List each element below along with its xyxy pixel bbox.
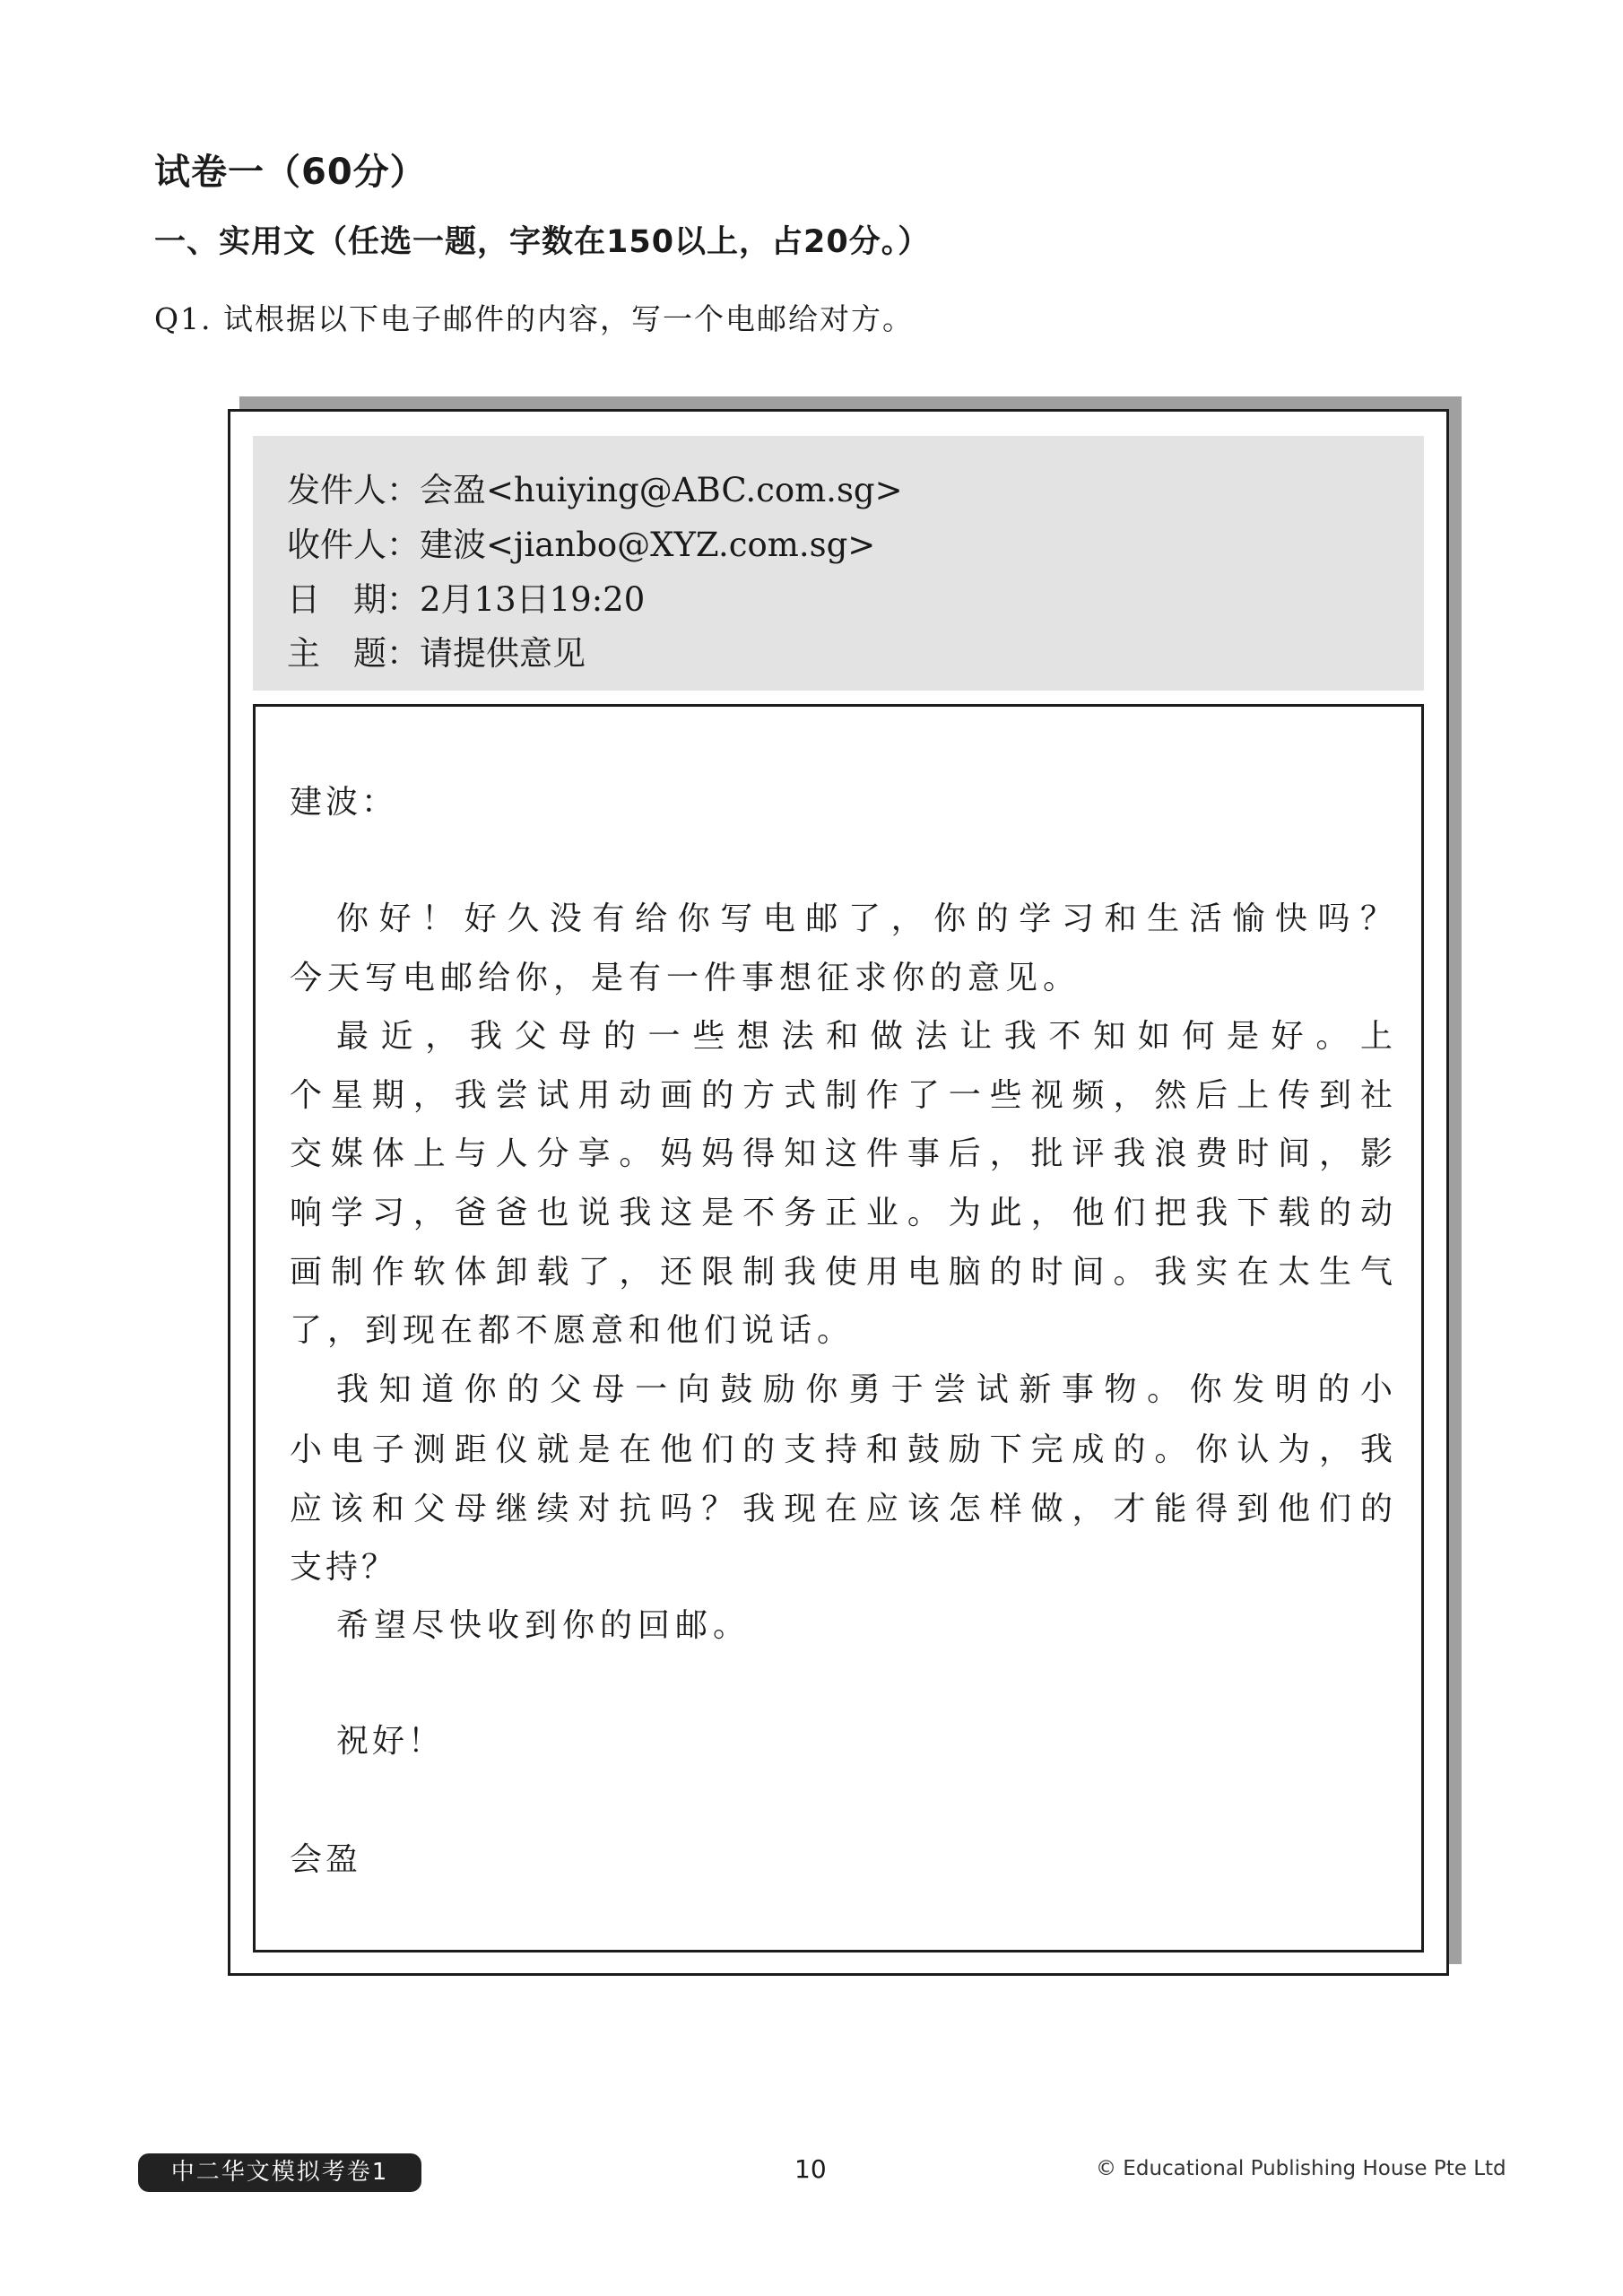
from-value: 会盈<huiying@ABC.com.sg> [420, 471, 903, 509]
body-line: 个星期，我尝试用动画的方式制作了一些视频，然后上传到社 [290, 1070, 1393, 1116]
email-header: 发件人：会盈<huiying@ABC.com.sg> 收件人：建波<jianbo… [253, 436, 1424, 691]
body-line: 最近，我父母的一些想法和做法让我不知如何是好。上 [336, 1011, 1393, 1057]
date-value: 2月13日19:20 [420, 580, 645, 619]
header-subject: 主 题：请提供意见 [287, 626, 586, 674]
body-line: 交媒体上与人分享。妈妈得知这件事后，批评我浪费时间，影 [290, 1128, 1393, 1174]
signature: 会盈 [290, 1834, 361, 1880]
body-line: 你好！好久没有给你写电邮了，你的学习和生活愉快吗？ [336, 893, 1393, 939]
header-date: 日 期：2月13日19:20 [287, 572, 645, 621]
body-line: 了，到现在都不愿意和他们说话。 [290, 1305, 855, 1351]
question-prompt: Q1. 试根据以下电子邮件的内容，写一个电邮给对方。 [154, 296, 914, 338]
subject-value: 请提供意见 [420, 634, 586, 673]
to-value: 建波<jianbo@XYZ.com.sg> [420, 526, 875, 564]
body-line: 小电子测距仪就是在他们的支持和鼓励下完成的。你认为，我 [290, 1424, 1393, 1470]
header-to: 收件人：建波<jianbo@XYZ.com.sg> [287, 517, 875, 566]
copyright-notice: © Educational Publishing House Pte Ltd [1096, 2157, 1506, 2180]
page-number: 10 [794, 2154, 827, 2184]
body-line: 今天写电邮给你，是有一件事想征求你的意见。 [290, 952, 1081, 998]
body-line: 应该和父母继续对抗吗？我现在应该怎样做，才能得到他们的 [290, 1483, 1393, 1529]
closing: 祝好！ [336, 1716, 444, 1761]
book-title-badge: 中二华文模拟考卷1 [138, 2153, 421, 2192]
section-heading: 一、实用文（任选一题，字数在150以上，占20分。） [154, 217, 930, 262]
email-body: 建波： 你好！好久没有给你写电邮了，你的学习和生活愉快吗？ 今天写电邮给你，是有… [253, 704, 1424, 1952]
date-label: 日 期： [287, 572, 420, 621]
body-line: 画制作软体卸载了，还限制我使用电脑的时间。我实在太生气 [290, 1247, 1393, 1292]
header-from: 发件人：会盈<huiying@ABC.com.sg> [287, 463, 903, 511]
to-label: 收件人： [287, 517, 420, 566]
body-line: 支持？ [290, 1542, 397, 1587]
body-line: 我知道你的父母一向鼓励你勇于尝试新事物。你发明的小 [336, 1364, 1393, 1410]
from-label: 发件人： [287, 463, 420, 511]
body-line: 希望尽快收到你的回邮。 [336, 1600, 751, 1646]
body-line: 响学习，爸爸也说我这是不务正业。为此，他们把我下载的动 [290, 1187, 1393, 1233]
subject-label: 主 题： [287, 626, 420, 674]
paper-title: 试卷一（60分） [154, 143, 427, 195]
salutation: 建波： [290, 777, 397, 822]
